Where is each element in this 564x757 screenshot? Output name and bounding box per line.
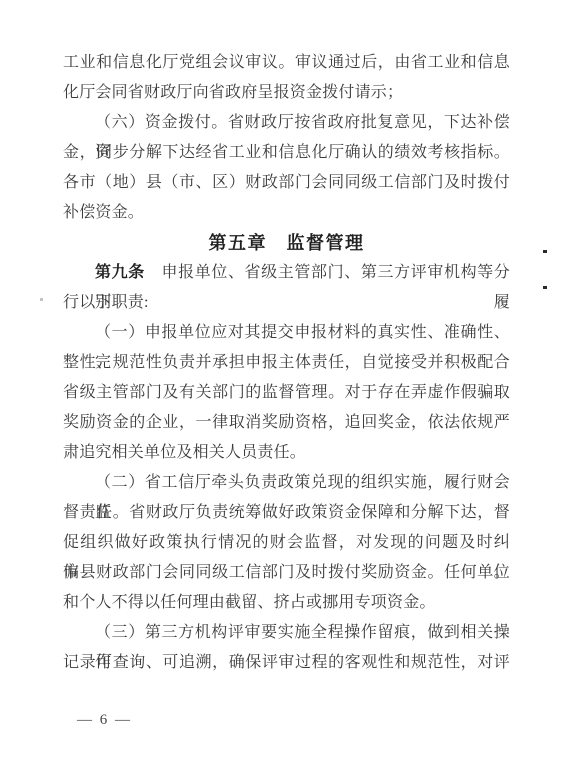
text-line: 省级主管部门及有关部门的监督管理。对于存在弄虚作假骗取 <box>63 378 510 408</box>
text-line: （三）第三方机构评审要实施全程操作留痕，做到相关操作 <box>63 618 510 648</box>
text-line: 督责任。省财政厅负责统筹做好政策资金保障和分解下达，督 <box>63 498 510 528</box>
text-line: 各市（地）县（市、区）财政部门会同同级工信部门及时拨付 <box>63 168 510 198</box>
text-line: 工业和信息化厅党组会议审议。审议通过后，由省工业和信息 <box>63 48 510 78</box>
text-line: 补偿资金。 <box>63 198 510 228</box>
text-line: 记录可查询、可追溯，确保评审过程的客观性和规范性，对评 <box>63 648 510 678</box>
text-line: （六）资金拨付。省财政厅按省政府批复意见，下达补偿资 <box>63 108 510 138</box>
text-line: 第九条 申报单位、省级主管部门、第三方评审机构等分别履 <box>63 258 510 288</box>
chapter-heading: 第五章 监督管理 <box>63 228 510 258</box>
scan-speck <box>40 298 43 301</box>
scan-speck <box>543 286 547 289</box>
text-line: （一）申报单位应对其提交申报材料的真实性、准确性、完 <box>63 318 510 348</box>
text-line: 和个人不得以任何理由截留、挤占或挪用专项资金。 <box>63 588 510 618</box>
text-line: 整性、规范性负责并承担申报主体责任，自觉接受并积极配合 <box>63 348 510 378</box>
document-text-area: 工业和信息化厅党组会议审议。审议通过后，由省工业和信息化厅会同省财政厅向省政府呈… <box>63 48 510 678</box>
text-line-rest: 申报单位、省级主管部门、第三方评审机构等分别履 <box>95 264 510 311</box>
text-line: 化厅会同省财政厅向省政府呈报资金拨付请示； <box>63 78 510 108</box>
scan-speck <box>543 250 547 253</box>
text-line: 金，同步分解下达经省工业和信息化厅确认的绩效考核指标。 <box>63 138 510 168</box>
page-number: — 6 — <box>77 712 132 729</box>
document-page: 工业和信息化厅党组会议审议。审议通过后，由省工业和信息化厅会同省财政厅向省政府呈… <box>0 0 564 757</box>
article-number-label: 第九条 <box>95 264 145 281</box>
text-line: 促组织做好政策执行情况的财会监督，对发现的问题及时纠偏。 <box>63 528 510 558</box>
text-line: 市县财政部门会同同级工信部门及时拨付奖励资金。任何单位 <box>63 558 510 588</box>
text-line: 奖励资金的企业，一律取消奖励资格，追回奖金，依法依规严 <box>63 408 510 438</box>
text-line: （二）省工信厅牵头负责政策兑现的组织实施，履行财会监 <box>63 468 510 498</box>
text-line: 肃追究相关单位及相关人员责任。 <box>63 438 510 468</box>
